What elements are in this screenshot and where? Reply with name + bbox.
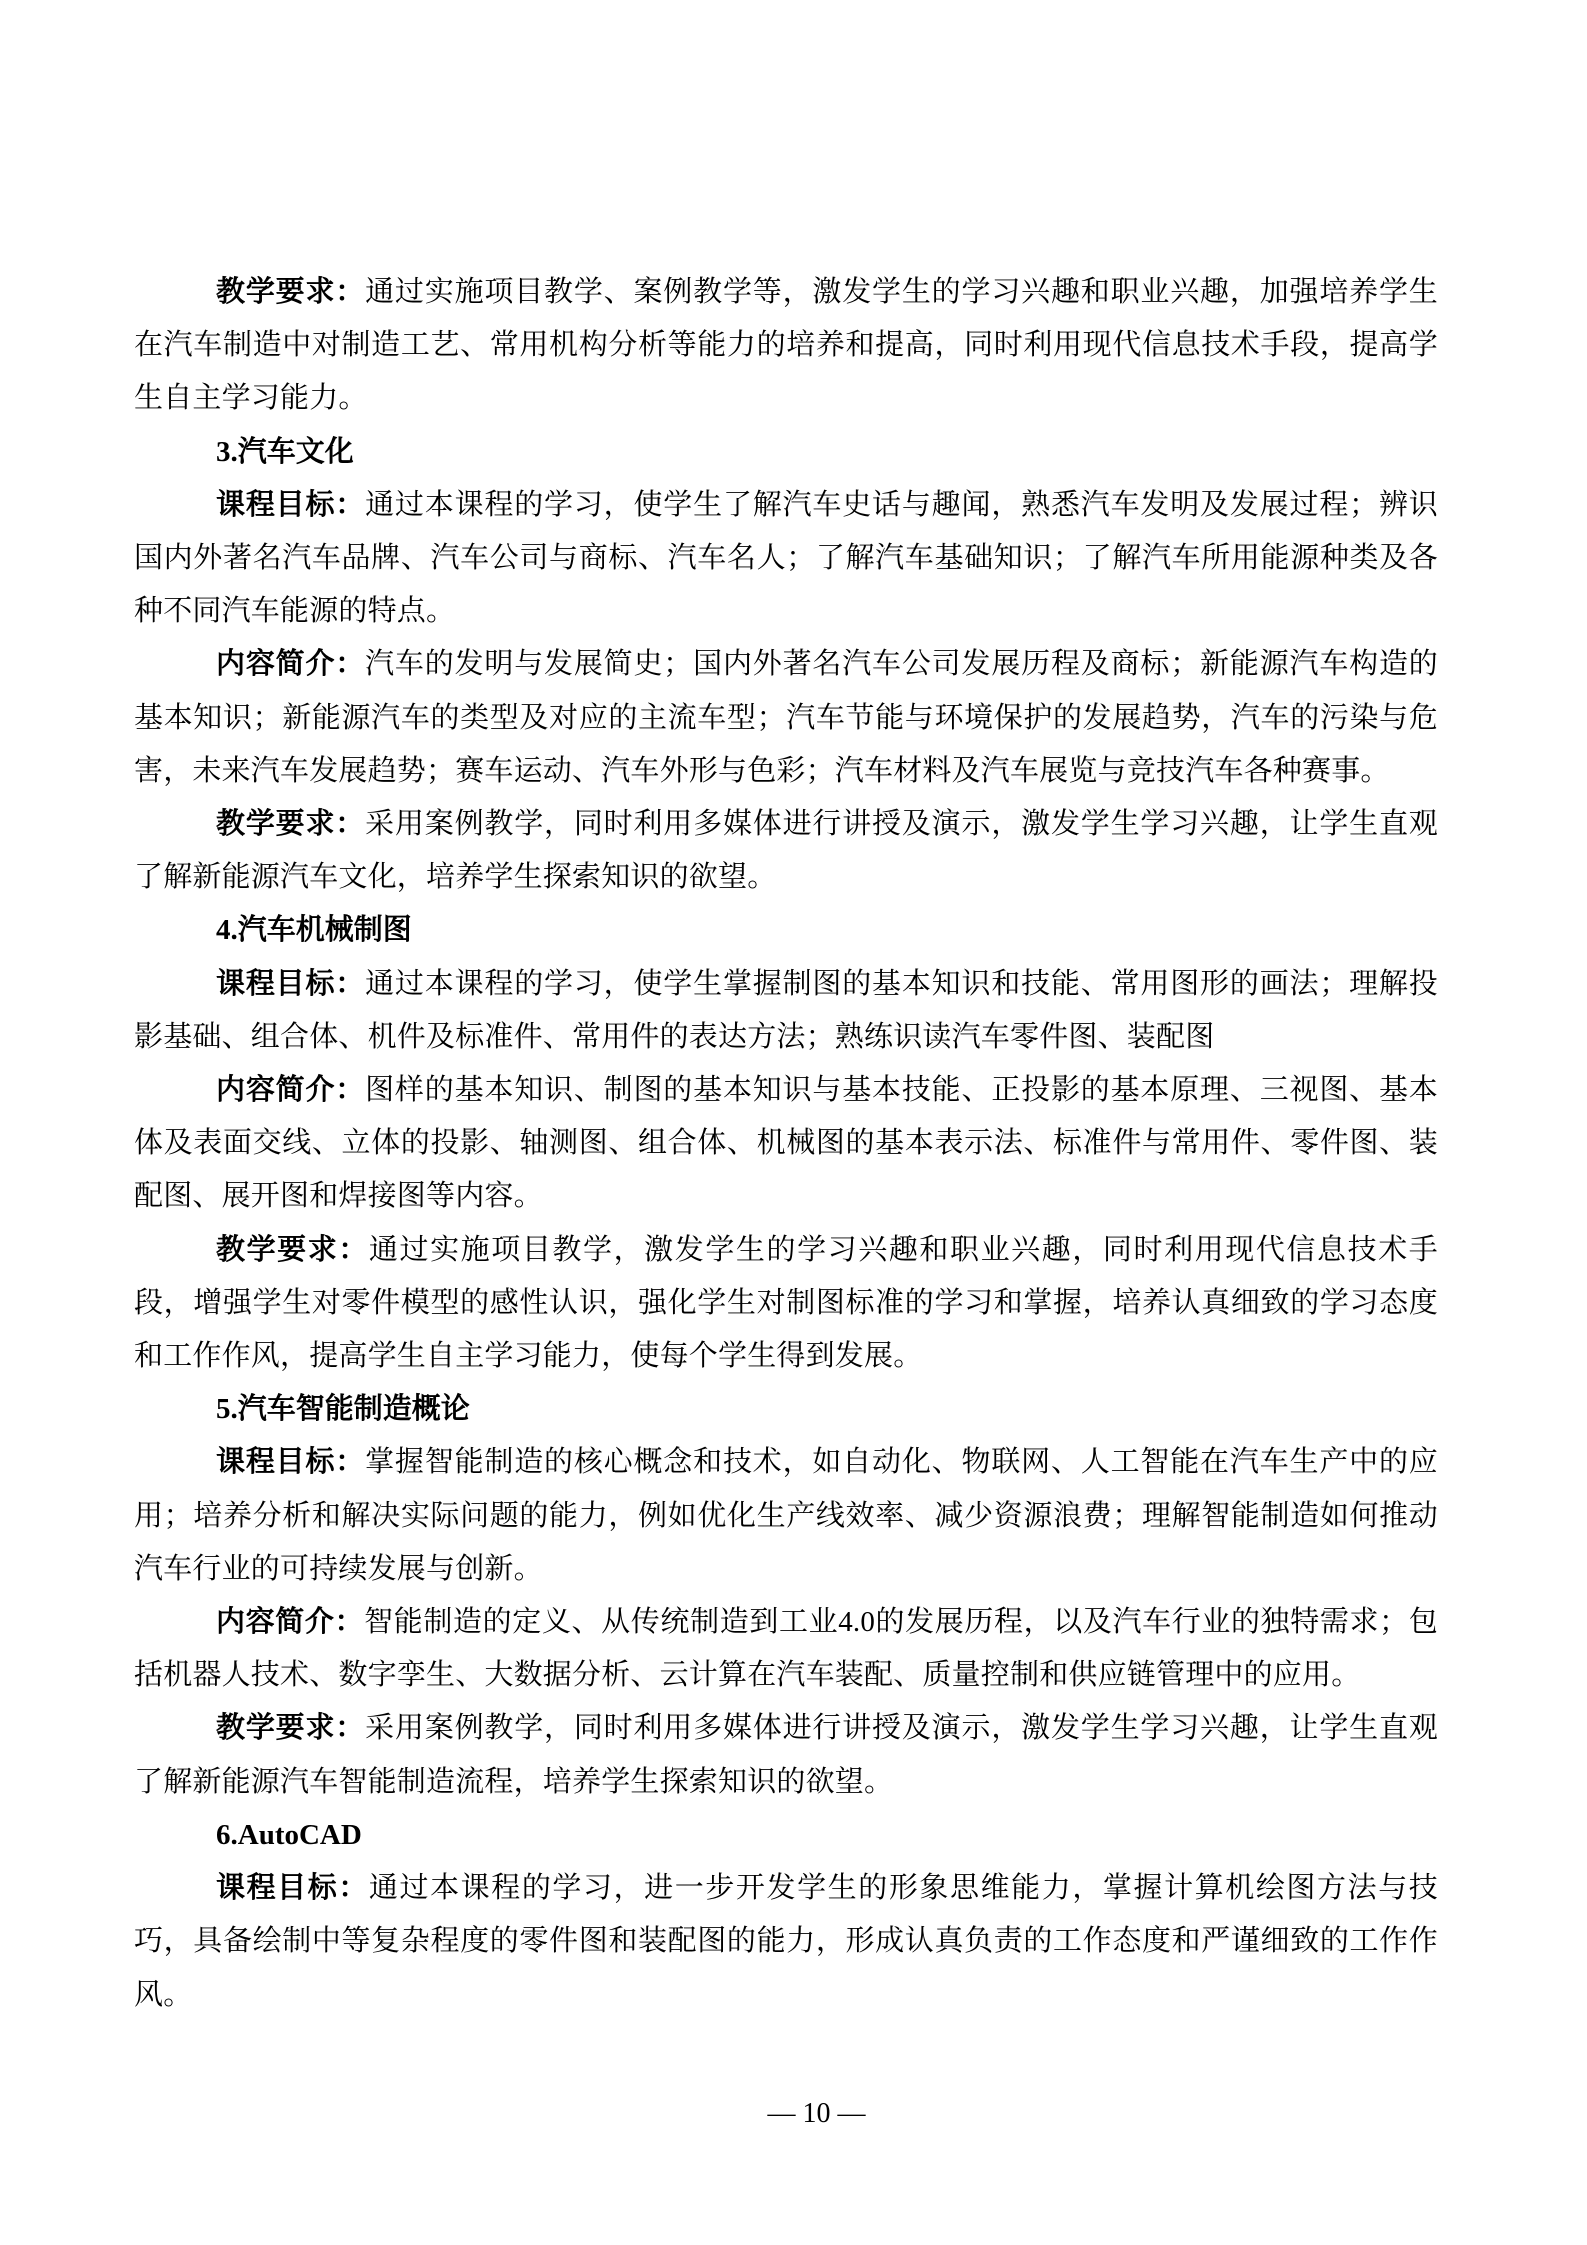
- paragraph-label: 内容简介：: [216, 1074, 365, 1106]
- paragraph: 课程目标：通过本课程的学习，使学生了解汽车史话与趣闻，熟悉汽车发明及发展过程；辨…: [134, 479, 1438, 639]
- paragraph: 内容简介：图样的基本知识、制图的基本知识与基本技能、正投影的基本原理、三视图、基…: [134, 1064, 1438, 1224]
- document-page: 教学要求：通过实施项目教学、案例教学等，激发学生的学习兴趣和职业兴趣，加强培养学…: [0, 0, 1587, 2245]
- paragraph: 内容简介：汽车的发明与发展简史；国内外著名汽车公司发展历程及商标；新能源汽车构造…: [134, 638, 1438, 798]
- paragraph-label: 教学要求：: [216, 1712, 365, 1744]
- paragraph-label: 课程目标：: [216, 1446, 365, 1478]
- course-heading: 3.汽车文化: [134, 426, 1438, 479]
- course-heading: 6.AutoCAD: [134, 1809, 1438, 1862]
- paragraph: 教学要求：采用案例教学，同时利用多媒体进行讲授及演示，激发学生学习兴趣，让学生直…: [134, 798, 1438, 904]
- course-heading: 4.汽车机械制图: [134, 904, 1438, 957]
- paragraph: 课程目标：通过本课程的学习，使学生掌握制图的基本知识和技能、常用图形的画法；理解…: [134, 958, 1438, 1064]
- paragraph: 内容简介：智能制造的定义、从传统制造到工业4.0的发展历程，以及汽车行业的独特需…: [134, 1596, 1438, 1702]
- paragraph: 教学要求：采用案例教学，同时利用多媒体进行讲授及演示，激发学生学习兴趣，让学生直…: [134, 1702, 1438, 1808]
- document-body: 教学要求：通过实施项目教学、案例教学等，激发学生的学习兴趣和职业兴趣，加强培养学…: [134, 266, 1438, 2022]
- page-footer: — 10 —: [0, 2094, 1587, 2134]
- paragraph-label: 教学要求：: [216, 1234, 369, 1266]
- paragraph: 教学要求：通过实施项目教学，激发学生的学习兴趣和职业兴趣，同时利用现代信息技术手…: [134, 1224, 1438, 1384]
- paragraph: 课程目标：掌握智能制造的核心概念和技术，如自动化、物联网、人工智能在汽车生产中的…: [134, 1436, 1438, 1596]
- paragraph-label: 课程目标：: [216, 968, 365, 1000]
- paragraph-label: 内容简介：: [216, 648, 365, 680]
- paragraph: 课程目标：通过本课程的学习，进一步开发学生的形象思维能力，掌握计算机绘图方法与技…: [134, 1862, 1438, 2022]
- paragraph: 教学要求：通过实施项目教学、案例教学等，激发学生的学习兴趣和职业兴趣，加强培养学…: [134, 266, 1438, 426]
- paragraph-label: 课程目标：: [216, 1872, 369, 1904]
- page-number: — 10 —: [768, 2098, 866, 2129]
- paragraph-label: 内容简介：: [216, 1606, 364, 1638]
- paragraph-label: 课程目标：: [216, 489, 365, 521]
- paragraph-label: 教学要求：: [216, 808, 365, 840]
- paragraph-label: 教学要求：: [216, 276, 365, 308]
- course-heading: 5.汽车智能制造概论: [134, 1383, 1438, 1436]
